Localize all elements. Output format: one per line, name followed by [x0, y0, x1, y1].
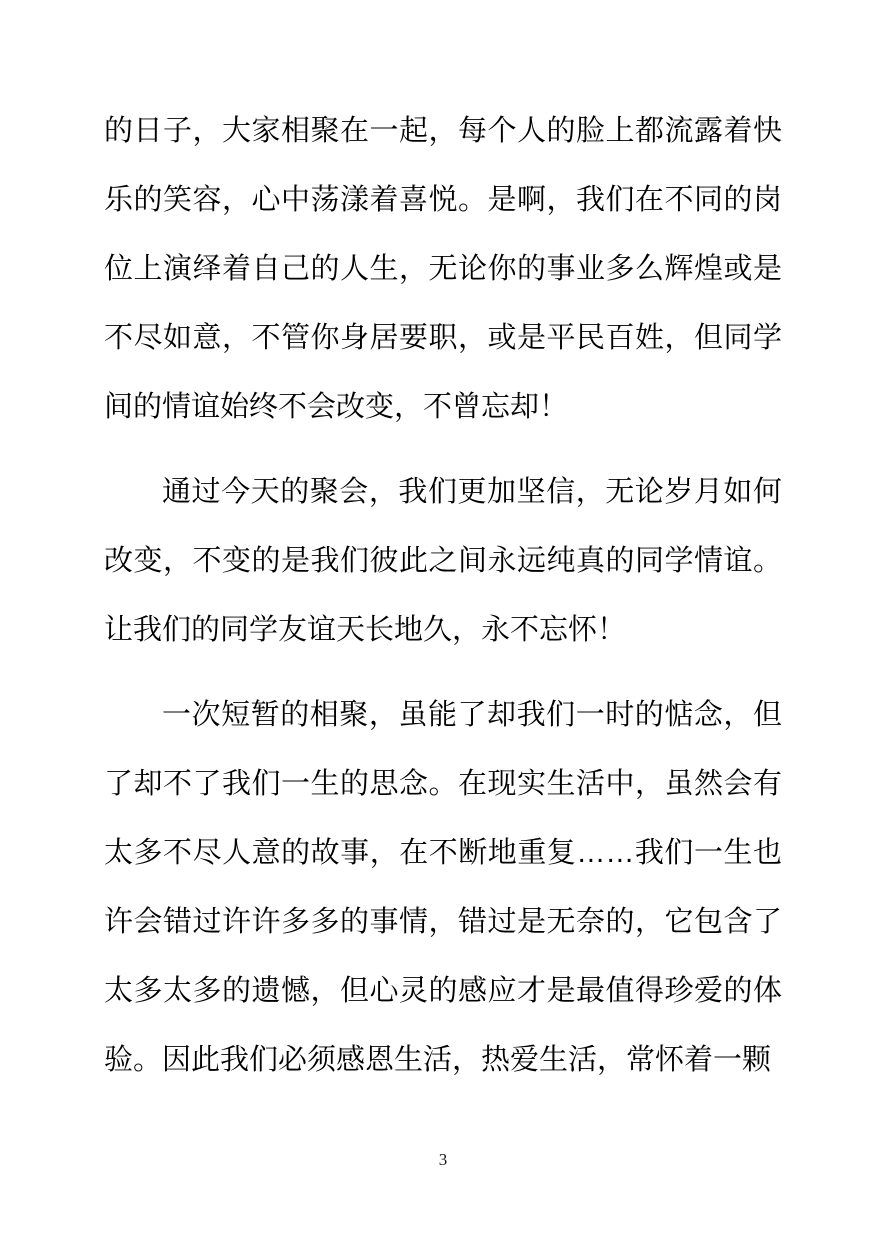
- page-footer: 3: [104, 1150, 782, 1170]
- page-number: 3: [439, 1150, 448, 1169]
- paragraph: 一次短暂的相聚，虽能了却我们一时的惦念，但了却不了我们一生的思念。在现实生活中，…: [104, 681, 782, 1095]
- document-page: 的日子，大家相聚在一起，每个人的脸上都流露着快乐的笑容，心中荡漾着喜悦。是啊，我…: [0, 0, 884, 1250]
- document-body: 的日子，大家相聚在一起，每个人的脸上都流露着快乐的笑容，心中荡漾着喜悦。是啊，我…: [104, 97, 782, 1095]
- paragraph: 通过今天的聚会，我们更加坚信，无论岁月如何改变，不变的是我们彼此之间永远纯真的同…: [104, 458, 782, 665]
- paragraph: 的日子，大家相聚在一起，每个人的脸上都流露着快乐的笑容，心中荡漾着喜悦。是啊，我…: [104, 97, 782, 442]
